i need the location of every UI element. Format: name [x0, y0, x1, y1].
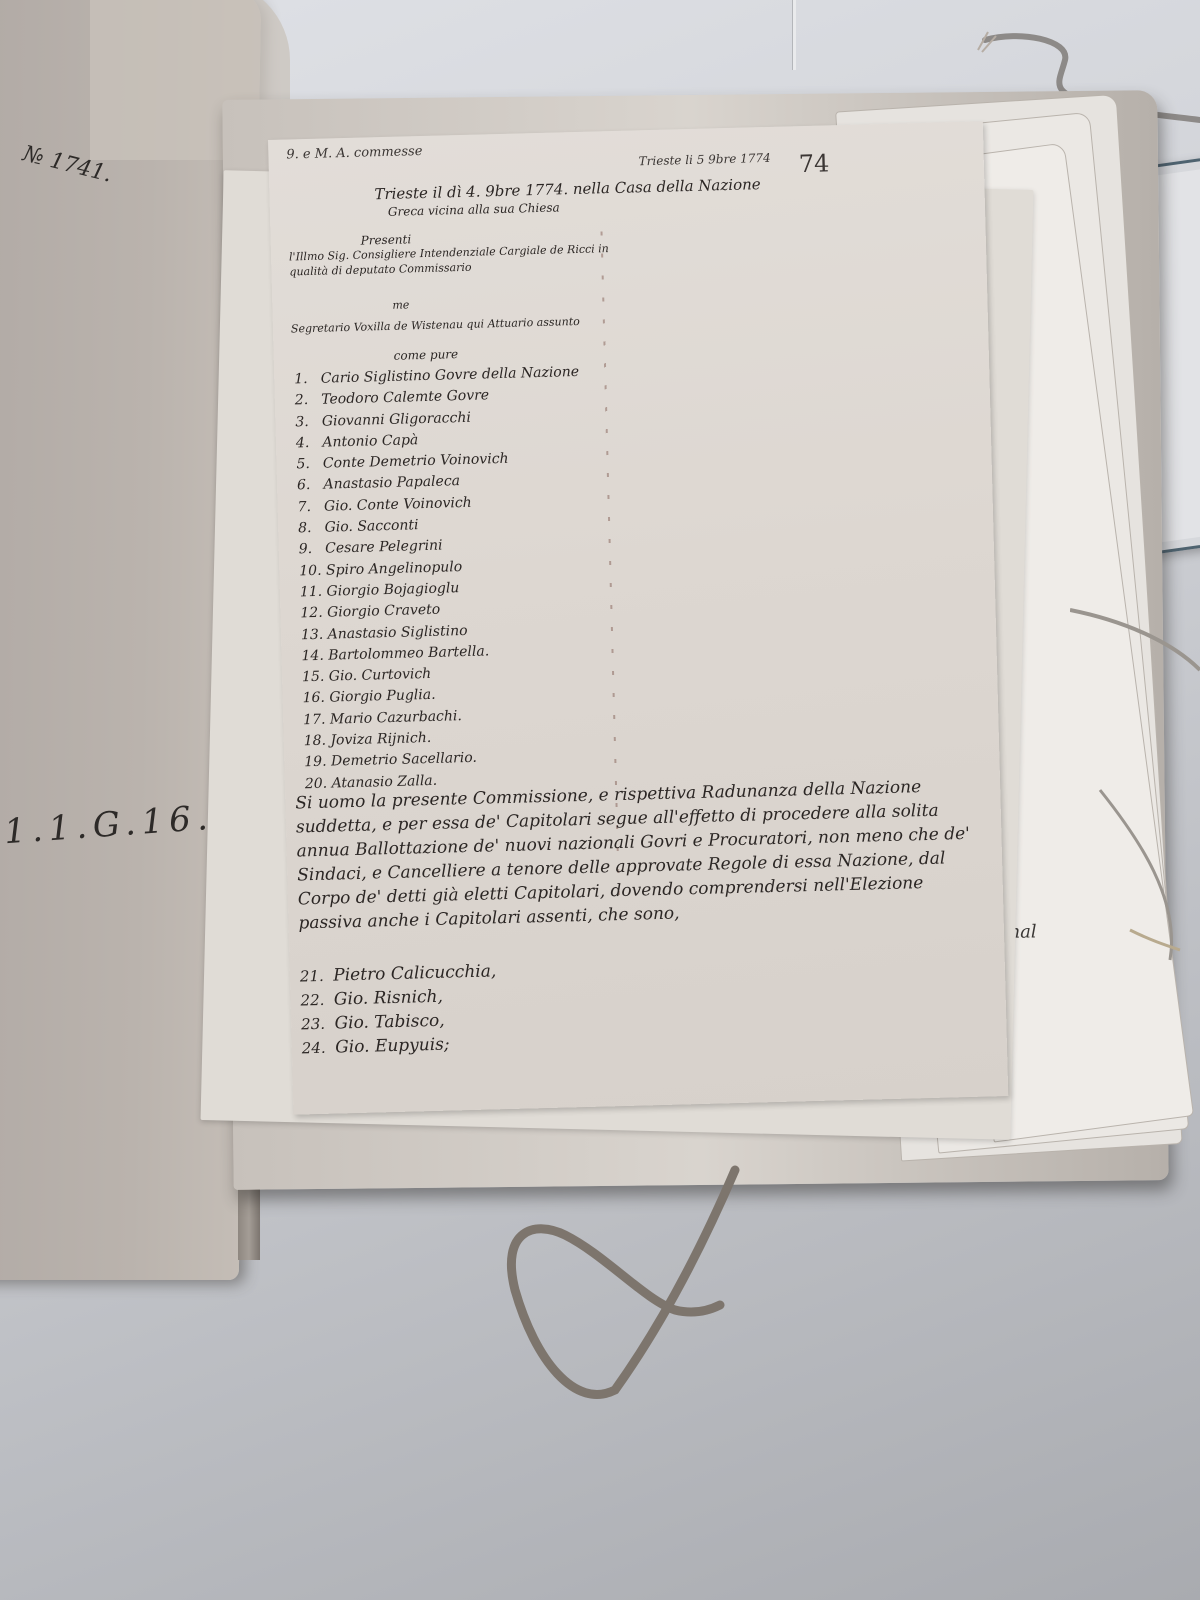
- member-name: Giorgio Craveto: [327, 602, 440, 621]
- member-name: Teodoro Calemte Govre: [321, 388, 489, 408]
- item-number: 6.: [297, 475, 320, 497]
- members-list: 1. Cario Siglistino Govre della Nazione …: [294, 362, 590, 795]
- item-number: 24.: [301, 1036, 330, 1061]
- member-name: Joviza Rijnich.: [330, 730, 431, 749]
- item-number: 16.: [302, 688, 325, 710]
- item-number: 3.: [295, 411, 318, 433]
- item-number: 7.: [297, 497, 320, 519]
- member-name: Conte Demetrio Voinovich: [323, 451, 509, 472]
- folio-number: 74: [798, 149, 829, 178]
- corner-note: 9. e M. A. commesse: [286, 144, 422, 163]
- item-number: 13.: [301, 624, 324, 646]
- item-number: 10.: [299, 560, 322, 582]
- member-name: Gio. Risnich,: [334, 987, 443, 1010]
- item-number: 17.: [303, 709, 326, 731]
- me-label: me: [392, 298, 409, 311]
- item-number: 22.: [300, 988, 329, 1013]
- item-number: 8.: [298, 518, 321, 540]
- item-number: 9.: [298, 539, 321, 561]
- item-number: 1.: [294, 369, 317, 391]
- item-number: 11.: [300, 582, 323, 604]
- item-number: 14.: [301, 646, 324, 668]
- member-name: Demetrio Sacellario.: [331, 750, 477, 770]
- member-name: Cesare Pelegrini: [325, 538, 443, 557]
- document-heading: Trieste il dì 4. 9bre 1774. nella Casa d…: [374, 175, 761, 203]
- pen-object: [792, 0, 796, 70]
- member-name: Anastasio Siglistino: [327, 623, 467, 643]
- date-note: Trieste li 5 9bre 1774: [639, 151, 771, 168]
- member-name: Cario Siglistino Govre della Nazione: [321, 364, 580, 387]
- item-number: 15.: [302, 667, 325, 689]
- item-number: 18.: [303, 731, 326, 753]
- member-name: Spiro Angelinopulo: [326, 559, 463, 579]
- secretary-line: Segretario Voxilla de Wistenau qui Attua…: [291, 313, 621, 337]
- member-name: Bartolommeo Bartella.: [328, 643, 489, 663]
- member-name: Giorgio Bojagioglu: [326, 580, 459, 599]
- member-name: Antonio Capà: [322, 432, 418, 451]
- member-name: Gio. Tabisco,: [334, 1011, 445, 1034]
- item-number: 12.: [300, 603, 323, 625]
- item-number: 19.: [304, 752, 327, 774]
- member-name: Gio. Eupyuis;: [335, 1035, 450, 1058]
- resolution-paragraph: Si uomo la presente Commissione, e rispe…: [295, 773, 989, 935]
- item-number: 2.: [295, 390, 318, 412]
- document-heading-line2: Greca vicina alla sua Chiesa: [388, 200, 560, 218]
- member-name: Gio. Conte Voinovich: [324, 495, 472, 515]
- item-number: 21.: [300, 964, 329, 989]
- member-name: Gio. Curtovich: [329, 666, 432, 685]
- absent-members-list: 21. Pietro Calicucchia, 22. Gio. Risnich…: [300, 959, 499, 1060]
- member-name: Mario Cazurbachi.: [330, 708, 462, 727]
- item-number: 5.: [296, 454, 319, 476]
- member-name: Giovanni Gligoracchi: [322, 409, 471, 429]
- member-name: Giorgio Puglia.: [329, 687, 436, 706]
- item-number: 23.: [301, 1012, 330, 1037]
- item-number: 4.: [296, 433, 319, 455]
- member-name: Pietro Calicucchia,: [333, 961, 496, 985]
- list-item: 24. Gio. Eupyuis;: [301, 1031, 498, 1060]
- member-name: Gio. Sacconti: [324, 517, 418, 535]
- member-name: Anastasio Papaleca: [323, 474, 460, 494]
- list-item: 21. Pietro Calicucchia,: [300, 959, 497, 988]
- presenti-label: Presenti: [360, 232, 411, 247]
- manuscript-page: 9. e M. A. commesse Trieste li 5 9bre 17…: [268, 121, 1008, 1114]
- present-official: l'Illmo Sig. Consigliere Intendenziale C…: [289, 241, 620, 280]
- come-pure-label: come pure: [394, 347, 459, 363]
